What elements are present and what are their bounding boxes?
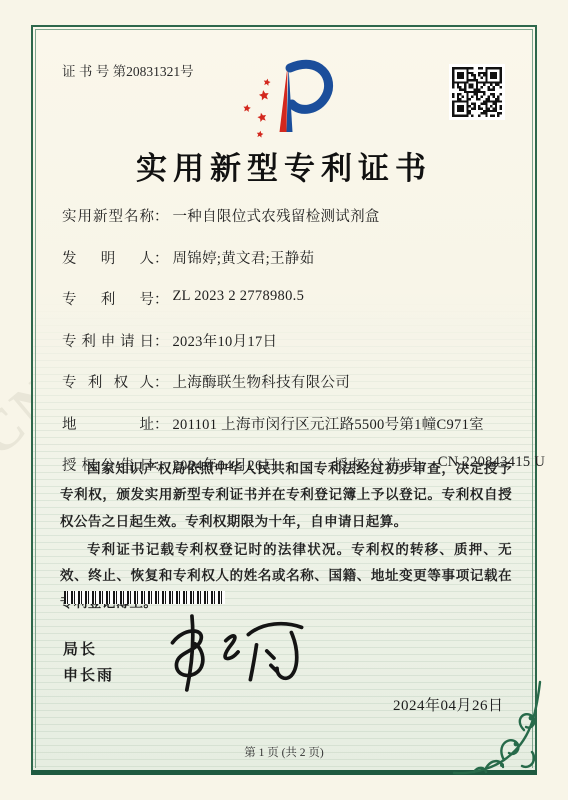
field-row-inventors: 发明人：周锦婷;黄文君;王静茹: [62, 247, 512, 268]
field-row-address: 地址：201101 上海市闵行区元江路5500号第1幢C971室: [62, 413, 512, 434]
certificate-number: 证 书 号 第20831321号: [62, 60, 194, 80]
colon: ：: [154, 371, 169, 392]
legal-paragraph-2: 专利证书记载专利权登记时的法律状况。专利权的转移、质押、无效、终止、恢复和专利权…: [60, 537, 512, 616]
field-label: 发明人: [62, 247, 154, 268]
field-row-patentee: 专利权人：上海酶联生物科技有限公司: [62, 371, 512, 392]
field-value: 上海酶联生物科技有限公司: [173, 371, 351, 392]
field-row-filing-date: 专利申请日：2023年10月17日: [62, 330, 512, 351]
colon: ：: [154, 413, 169, 434]
field-value: 201101 上海市闵行区元江路5500号第1幢C971室: [173, 413, 484, 434]
field-label: 专利权人: [62, 371, 154, 392]
colon: ：: [154, 247, 169, 268]
page-indicator: 第 1 页 (共 2 页): [0, 744, 568, 760]
field-list: 实用新型名称：一种自限位式农残留检测试剂盒 发明人：周锦婷;黄文君;王静茹 专利…: [62, 205, 512, 496]
legal-paragraph-1: 国家知识产权局依照中华人民共和国专利法经过初步审查，决定授予专利权，颁发实用新型…: [60, 456, 512, 535]
qr-code-icon: [449, 64, 505, 120]
certificate-title: 实用新型专利证书: [0, 143, 568, 188]
field-label: 实用新型名称: [62, 205, 154, 226]
patent-certificate-page: CNIPA CNIPA CNIPA CNIPA 证 书 号 第20831321号…: [0, 0, 568, 800]
commissioner-name: 申长雨: [63, 664, 114, 685]
commissioner-title: 局长: [63, 638, 97, 659]
field-value: ZL 2023 2 2778980.5: [173, 288, 305, 309]
field-row-patent-no: 专利号：ZL 2023 2 2778980.5: [62, 288, 512, 309]
field-value: 周锦婷;黄文君;王静茹: [173, 247, 315, 268]
cnipa-logo-icon: [228, 54, 348, 150]
field-label: 地址: [62, 413, 154, 434]
field-row-name: 实用新型名称：一种自限位式农残留检测试剂盒: [62, 205, 512, 226]
corner-flourish-icon: [452, 678, 544, 782]
field-value: 2023年10月17日: [173, 330, 278, 351]
field-value: 一种自限位式农残留检测试剂盒: [173, 205, 380, 226]
field-label: 专利号: [62, 288, 154, 309]
field-label: 专利申请日: [62, 330, 154, 351]
barcode-icon: [64, 591, 225, 604]
colon: ：: [154, 330, 169, 351]
handwritten-signature-icon: [155, 612, 315, 694]
colon: ：: [154, 288, 169, 309]
colon: ：: [154, 205, 169, 226]
